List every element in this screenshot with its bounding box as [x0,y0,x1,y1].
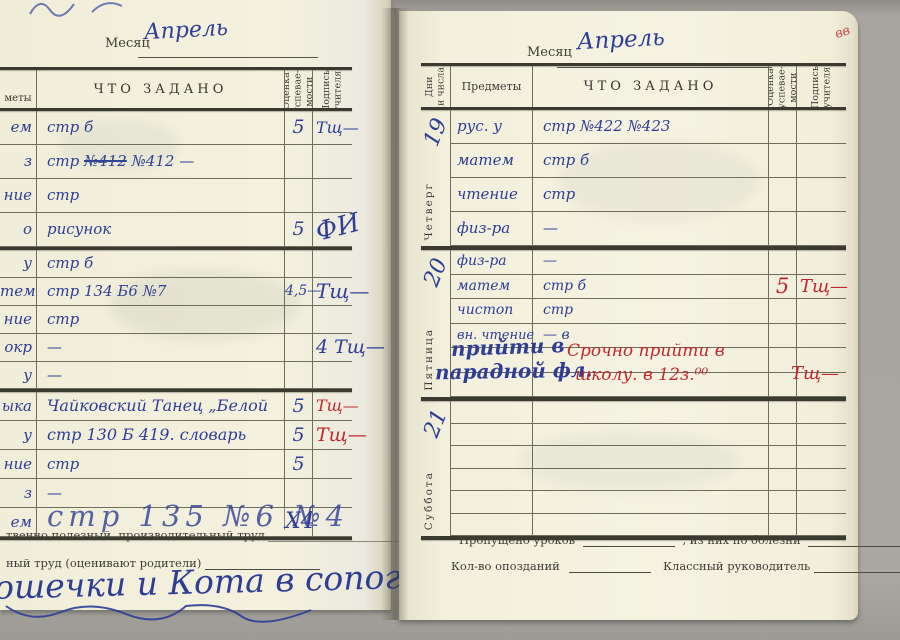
signature-cell: Тщ— [313,392,352,420]
task-cell: стр №422 №423 [533,110,769,143]
table-row: у — [0,362,352,389]
table-row [451,401,846,424]
subject-cell: окр [0,334,37,361]
table-row: ние стр [0,179,352,213]
day-date: 19 [419,115,453,150]
grade-cell [285,250,313,277]
grade-cell [769,324,797,348]
subject-cell: рус. у [451,110,533,143]
month-underline-left [138,57,318,58]
day-block: ыка Чайковский Танец „Белой 5 Тщ— у стр … [0,392,352,537]
subject-cell: ние [0,306,37,333]
month-label-left: Месяц [105,36,150,51]
missed-suffix: , из них по болезни [682,533,800,547]
table-row: чтение стр [451,178,846,212]
task-cell: стр б [37,250,285,277]
col-grade-label: Оценка успевае- мости [769,66,797,107]
footer-missed-lessons: Пропущено уроков , из них по болезни [459,533,900,547]
page-left: Месяц Апрель меты ЧТО ЗАДАНО Оценка успе… [0,0,391,610]
task-text: стр [47,152,84,170]
grade-cell [769,144,797,177]
subject-cell: физ-ра [451,250,533,274]
subject-cell: физ-ра [451,212,533,245]
signature-cell [313,362,352,388]
col-days-label: Дни и числа [424,67,447,106]
table-row [451,469,846,492]
missed-label: Пропущено уроков [459,533,575,547]
day-block: у стр б тем стр 134 Б6 №7 4,5— Тщ— ние с… [0,250,352,389]
table-row: рус. у стр №422 №423 [451,110,846,144]
day-block: ем стр б 5 Тщ— з стр №412 №412 — ние стр [0,111,352,247]
urgent-note-red-line2: школу. в 12з.⁰⁰ [575,365,708,385]
table-header-right: Дни и числа Предметы ЧТО ЗАДАНО Оценка у… [421,66,846,107]
table-row: ем стр б 5 Тщ— [0,111,352,145]
col-signature-label: Подпись учителя [321,70,344,108]
crossed-out-text: №412 [84,152,127,170]
table-row: тем стр 134 Б6 №7 4,5— Тщ— [0,278,352,306]
signature-cell [797,250,846,274]
day-column: 19 Четверг [421,110,451,246]
table-row: чистоп стр [451,299,846,324]
col-signature-label: Подпись учителя [810,66,833,107]
task-cell: стр №412 №412 — [37,145,285,178]
grade-cell: 5 [285,421,313,449]
grade-cell [285,362,313,388]
day-column: 21 Суббота [421,401,451,536]
signature-cell [313,250,352,277]
table-row: ние стр [0,306,352,334]
signature-cell: Тщ— [313,421,352,449]
col-grade-label: Оценка успевае- мости [285,70,313,108]
signature-cell: Тщ— [797,275,846,299]
table-row: ыка Чайковский Танец „Белой 5 Тщ— [0,392,352,421]
subject-cell: чистоп [451,299,533,323]
task-cell: — [37,362,285,388]
col-subjects-label: меты [4,93,31,108]
table-row: у стр б [0,250,352,278]
signature-cell: ФИ [310,209,356,250]
wavy-underline [0,598,320,624]
signature-cell: Тщ— [313,278,352,305]
subject-cell: ем [0,111,37,144]
urgent-note-blue-line1: прийти в [451,333,565,361]
signature-cell [797,299,846,323]
homework-table-left: меты ЧТО ЗАДАНО Оценка успевае- мости По… [0,67,352,540]
task-cell: рисунок [37,213,285,246]
subject-cell: о [0,213,37,246]
grade-cell: 5 [769,275,797,299]
task-cell: стр б [37,111,285,144]
teacher-label: Классный руководитель [663,559,810,573]
task-cell: стр [533,178,769,211]
table-row [451,446,846,469]
day-rows [451,401,846,536]
task-cell: — [533,250,769,274]
homework-table-right: Дни и числа Предметы ЧТО ЗАДАНО Оценка у… [421,63,846,540]
subject-cell: ние [0,179,37,212]
day-date: 20 [419,255,453,290]
day-name: Четверг [423,182,435,241]
grade-cell [285,145,313,178]
task-cell: стр [37,179,285,212]
signature-cell [797,144,846,177]
grade-cell [769,250,797,274]
table-row: о рисунок 5 ФИ [0,213,352,247]
signature-cell [797,212,846,245]
grade-cell: 5 [285,111,313,144]
day-date: 21 [419,406,453,441]
task-cell: — [37,334,285,361]
grade-cell [769,212,797,245]
subject-cell: чтение [451,178,533,211]
signature-cell [797,178,846,211]
grade-cell [285,179,313,212]
signature-cell [313,450,352,478]
footer-labor-line: твенно полезный, производительный труд [6,528,398,542]
edge-scribble [22,0,152,20]
grade-cell [285,334,313,361]
fill-in-blank [268,530,398,542]
late-label: Кол-во опозданий [451,559,560,573]
subject-cell: тем [0,278,37,305]
grade-cell [769,299,797,323]
task-cell: стр 134 Б6 №7 [37,278,285,305]
fill-in-blank [583,535,675,547]
corner-red-scribble: вв [833,23,852,42]
signature-cell [313,179,352,212]
table-row: у стр 130 Б 419. словарь 5 Тщ— [0,421,352,450]
table-row: физ-ра — [451,250,846,275]
day-rows: рус. у стр №422 №423 матем стр б чтение [451,110,846,246]
signature-cell [797,324,846,348]
table-row: ние стр 5 [0,450,352,479]
table-row: з стр №412 №412 — [0,145,352,179]
table-row: матем стр б 5 Тщ— [451,275,846,300]
task-text: №412 — [127,152,194,170]
month-label-right: Месяц [527,45,572,60]
grade-cell: 4,5— [285,278,313,305]
day-name: Пятница [423,328,435,391]
fill-in-blank [569,561,651,573]
subject-cell: у [0,362,37,388]
grade-cell: 5 [285,392,313,420]
task-cell: стр б [533,275,769,299]
day-name: Суббота [423,471,435,530]
subject-cell: з [0,145,37,178]
urgent-note-blue-line2: парадной фл. [435,358,593,385]
grade-cell [769,110,797,143]
table-row [451,491,846,514]
task-cell: стр [533,299,769,323]
subject-cell: ыка [0,392,37,420]
task-cell: Чайковский Танец „Белой [37,392,285,420]
day-block-saturday: 21 Суббота [421,401,846,536]
signature-cell [313,306,352,333]
signature-cell [313,145,352,178]
grade-cell [769,178,797,211]
grade-cell: 5 [285,450,313,478]
subject-cell: з [0,479,37,507]
footer-late-teacher: Кол-во опозданий Классный руководитель [451,559,900,573]
footer-labor-text: твенно полезный, производительный труд [6,528,265,542]
task-cell: стр б [533,144,769,177]
task-cell: стр [37,450,285,478]
subject-cell: у [0,250,37,277]
task-cell: стр 130 Б 419. словарь [37,421,285,449]
col-assignment-label: ЧТО ЗАДАНО [94,82,228,97]
task-cell: стр [37,306,285,333]
urgent-note-red-line1: Срочно прийти в [567,341,725,361]
subject-cell: у [0,421,37,449]
day-block-thursday: 19 Четверг рус. у стр №422 №423 матем ст… [421,110,846,246]
signature-cell [797,110,846,143]
table-row [451,424,846,447]
fill-in-blank [808,535,900,547]
subject-cell: ние [0,450,37,478]
month-value-left: Апрель [143,16,228,45]
urgent-note-red-signature: Тщ— [791,363,839,384]
signature-cell: 4 Тщ— [313,334,352,361]
task-cell: стр 135 №6 №4 [37,502,285,530]
table-row: окр — 4 Тщ— [0,334,352,362]
col-assignment-label: ЧТО ЗАДАНО [584,79,718,94]
col-subjects-label: Предметы [462,80,522,93]
fill-in-blank [814,561,900,573]
grade-cell [285,306,313,333]
diary-scan: Месяц Апрель меты ЧТО ЗАДАНО Оценка успе… [0,0,900,640]
signature-cell: Тщ— [313,111,352,144]
month-value-right: Апрель [576,25,665,56]
table-header-left: меты ЧТО ЗАДАНО Оценка успевае- мости По… [0,70,352,108]
subject-cell: матем [451,275,533,299]
task-cell: — [533,212,769,245]
table-row: матем стр б [451,144,846,178]
table-row: физ-ра — [451,212,846,246]
subject-cell: матем [451,144,533,177]
page-right: Месяц Апрель Дни и числа Предметы ЧТО ЗА… [399,11,858,620]
